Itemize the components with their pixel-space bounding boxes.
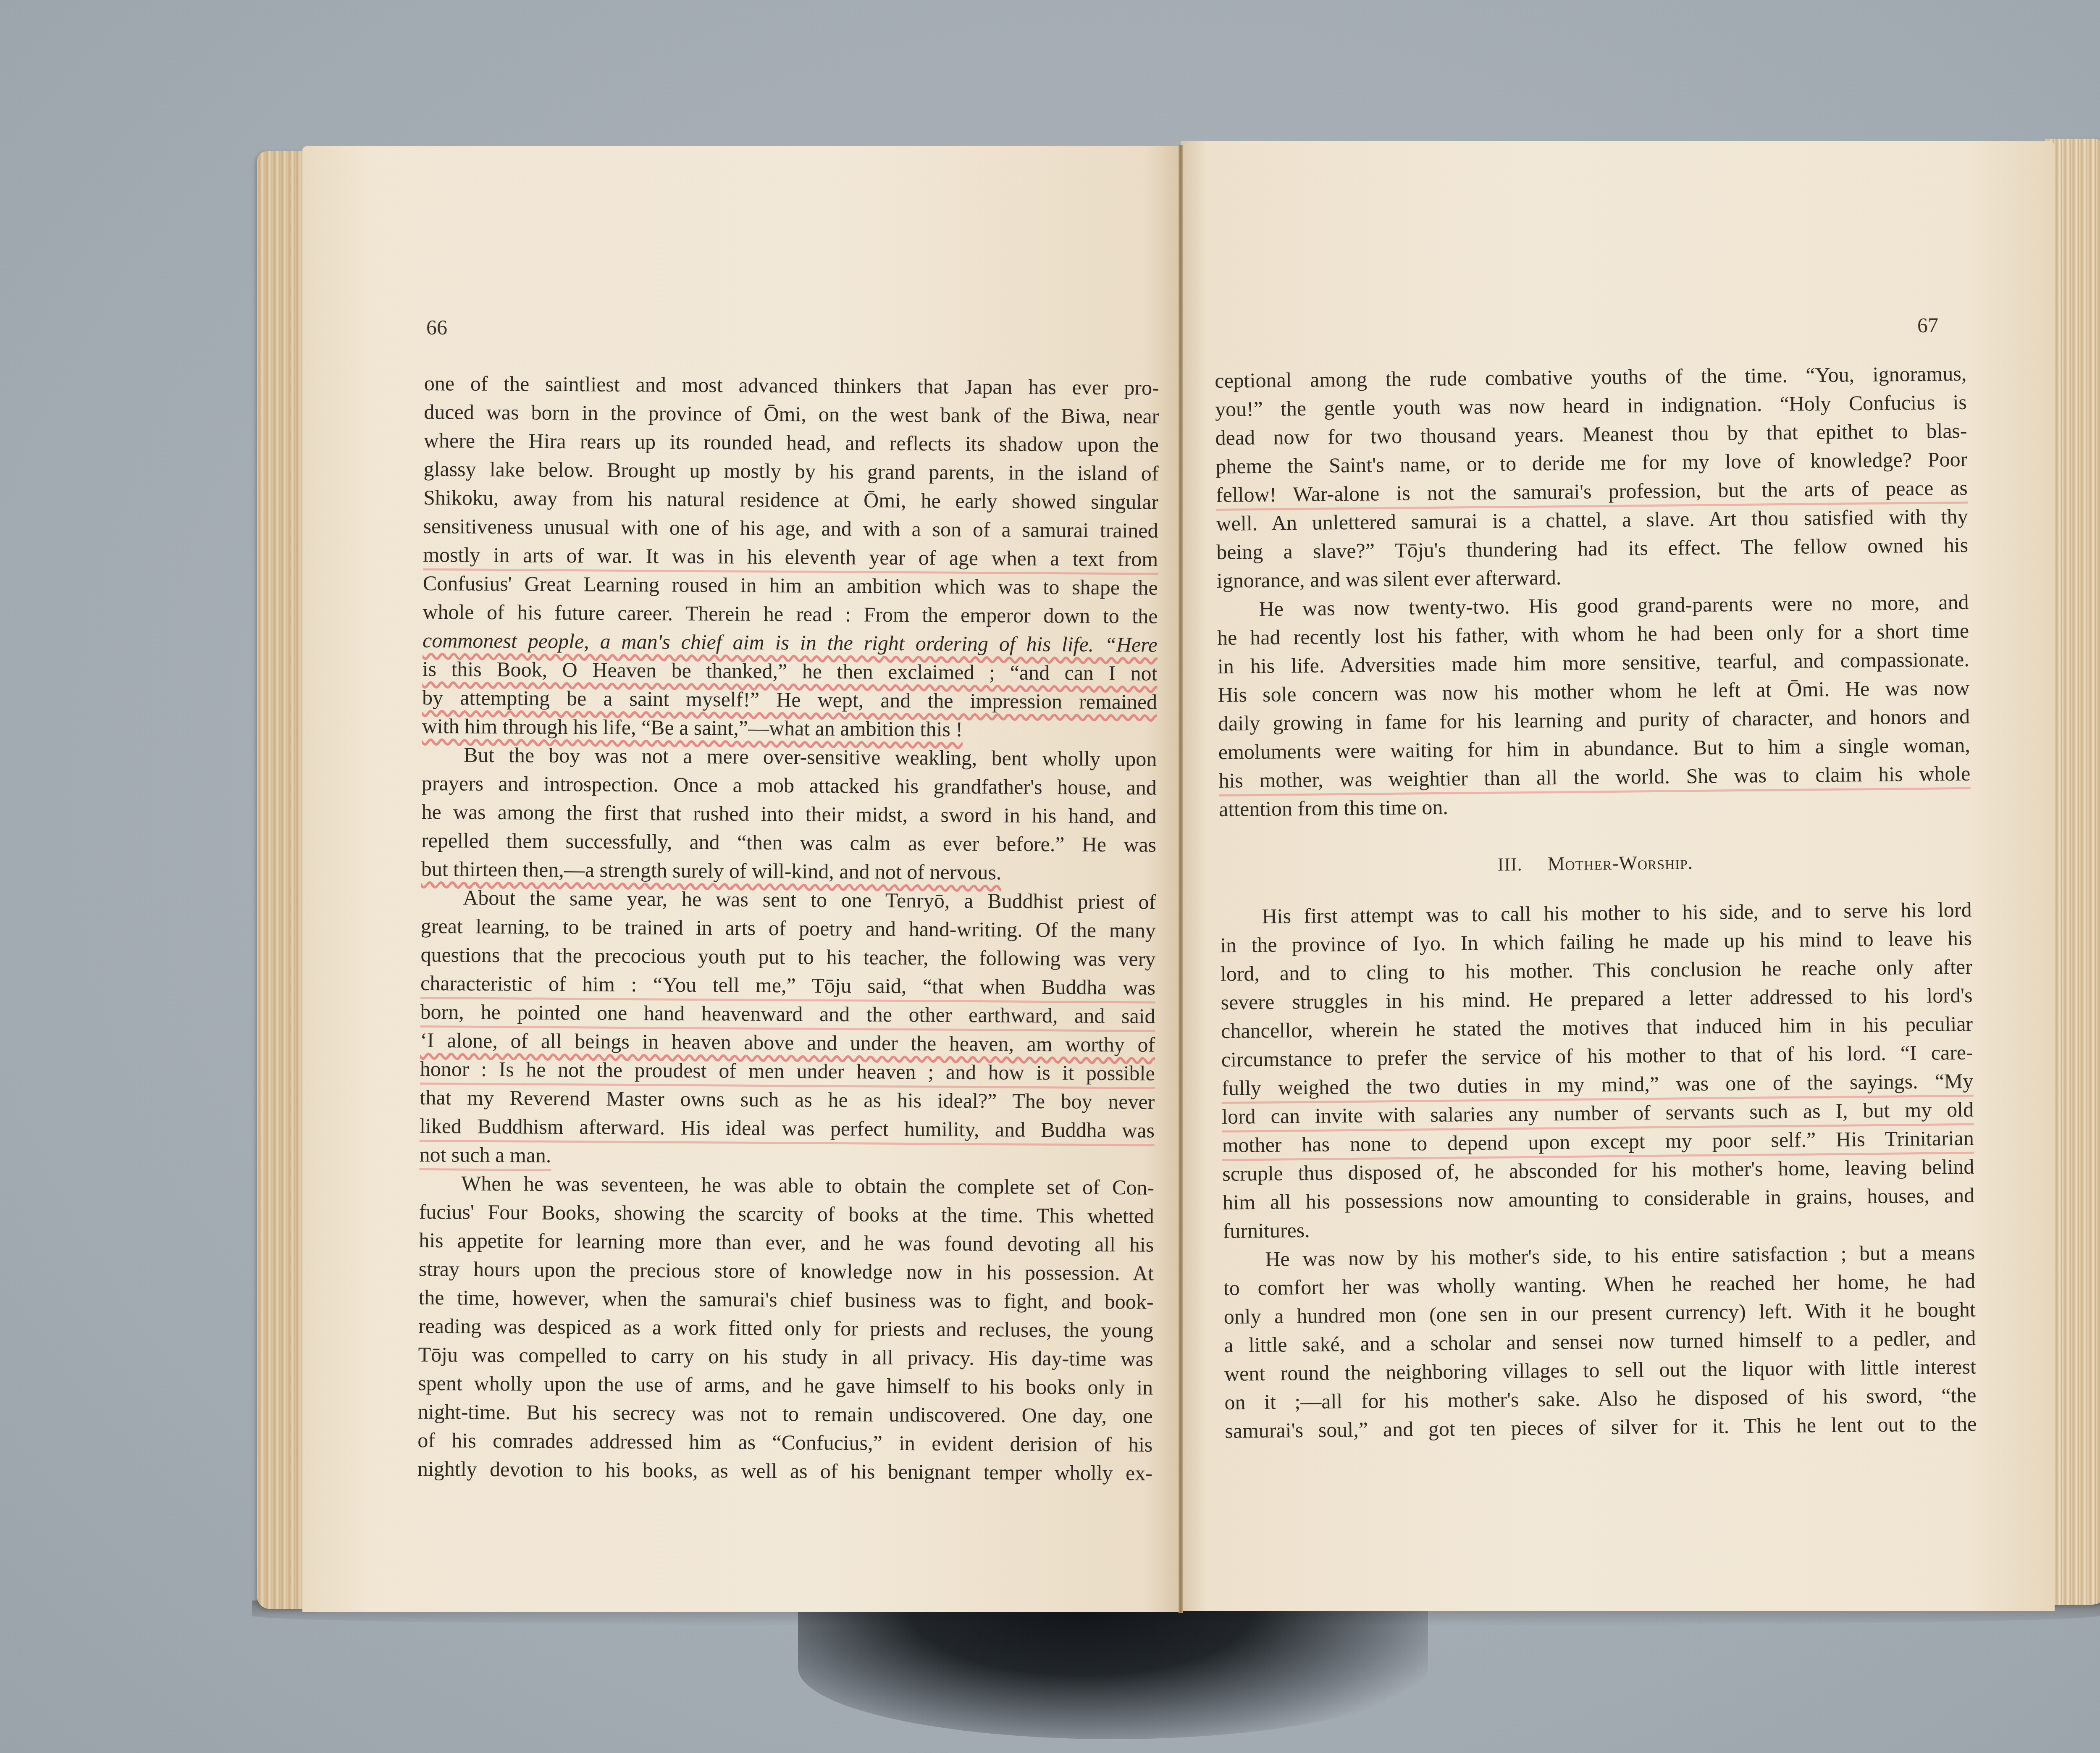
- book-shadow: [798, 1596, 1428, 1739]
- text-line: prayers and introspection. Once a mob at…: [422, 769, 1157, 802]
- text-line: characteristic of him : “You tell me,” T…: [420, 969, 1155, 1002]
- left-page-text: one of the saintliest and most advanced …: [417, 369, 1159, 1488]
- text-line: sensitiveness unusual with one of his ag…: [423, 512, 1158, 545]
- text-line: Shikoku, away from his natural residence…: [423, 483, 1158, 516]
- text-line: his appetite for learning more than ever…: [419, 1226, 1154, 1259]
- text-line: nightly devotion to his books, as well a…: [417, 1454, 1152, 1488]
- text-line: About the same year, he was sent to one …: [421, 883, 1156, 916]
- text-line: not such a man.: [419, 1140, 1154, 1173]
- text-line: repelled them successfully, and “then wa…: [421, 826, 1156, 859]
- text-line: with him through his life, “Be a saint,”…: [422, 712, 1157, 745]
- text-line: Tōju was compelled to carry on his study…: [418, 1340, 1153, 1373]
- text-line: born, he pointed one hand heavenward and…: [420, 997, 1155, 1030]
- text-line: great learning, to be trained in arts of…: [421, 912, 1156, 945]
- text-line: the time, however, when the samurai's ch…: [418, 1283, 1153, 1316]
- text-line: commonest people, a man's chief aim is i…: [423, 626, 1158, 659]
- text-line: spent wholly upon the use of arms, and h…: [418, 1369, 1153, 1402]
- text-line: duced was born in the province of Ōmi, o…: [424, 397, 1159, 431]
- text-line: stray hours upon the precious store of k…: [419, 1254, 1154, 1288]
- text-line: Confusius' Great Learning roused in him …: [423, 569, 1158, 602]
- text-line: of his comrades addressed him as “Confuc…: [417, 1426, 1152, 1459]
- book-gutter: [1179, 145, 1183, 1613]
- text-line: reading was despiced as a work fitted on…: [418, 1311, 1153, 1345]
- text-line: where the Hira rears up its rounded head…: [424, 426, 1159, 459]
- text-line: but thirteen then,—a strength surely of …: [421, 854, 1156, 888]
- left-page-number: 66: [426, 315, 447, 339]
- text-line: one of the saintliest and most advanced …: [424, 369, 1159, 402]
- text-line: liked Buddhism afterward. His ideal was …: [420, 1112, 1155, 1145]
- text-line: night-time. But his secrecy was not to r…: [418, 1397, 1153, 1430]
- text-line: glassy lake below. Brought up mostly by …: [423, 455, 1158, 488]
- right-page-text: ceptional among the rude combative youth…: [1215, 359, 1977, 1445]
- text-line: But the boy was not a mere over-sensitiv…: [422, 740, 1157, 773]
- text-line: fucius' Four Books, showing the scarcity…: [419, 1197, 1154, 1230]
- text-line: he was among the first that rushed into …: [421, 797, 1156, 831]
- text-line: When he was seventeen, he was able to ob…: [419, 1169, 1154, 1202]
- right-page-number: 67: [1917, 313, 1938, 337]
- section-title: Mother-Worship.: [1547, 852, 1693, 874]
- section-heading: III. Mother-Worship.: [1219, 846, 1971, 881]
- text-line: that my Reverend Master owns such as he …: [420, 1083, 1155, 1116]
- text-line: is this Book, O Heaven be thanked,” he t…: [422, 654, 1157, 688]
- text-line: mostly in arts of war. It was in his ele…: [423, 540, 1158, 573]
- section-numeral: III.: [1497, 854, 1522, 875]
- text-line: ‘I alone, of all beings in heaven above …: [420, 1026, 1155, 1059]
- text-line: whole of his future career. Therein he r…: [423, 597, 1158, 631]
- text-line: questions that the precocious youth put …: [420, 940, 1155, 973]
- text-line: honor : Is he not the proudest of men un…: [420, 1054, 1155, 1088]
- text-line: by attempting be a saint myself!” He wep…: [422, 683, 1157, 716]
